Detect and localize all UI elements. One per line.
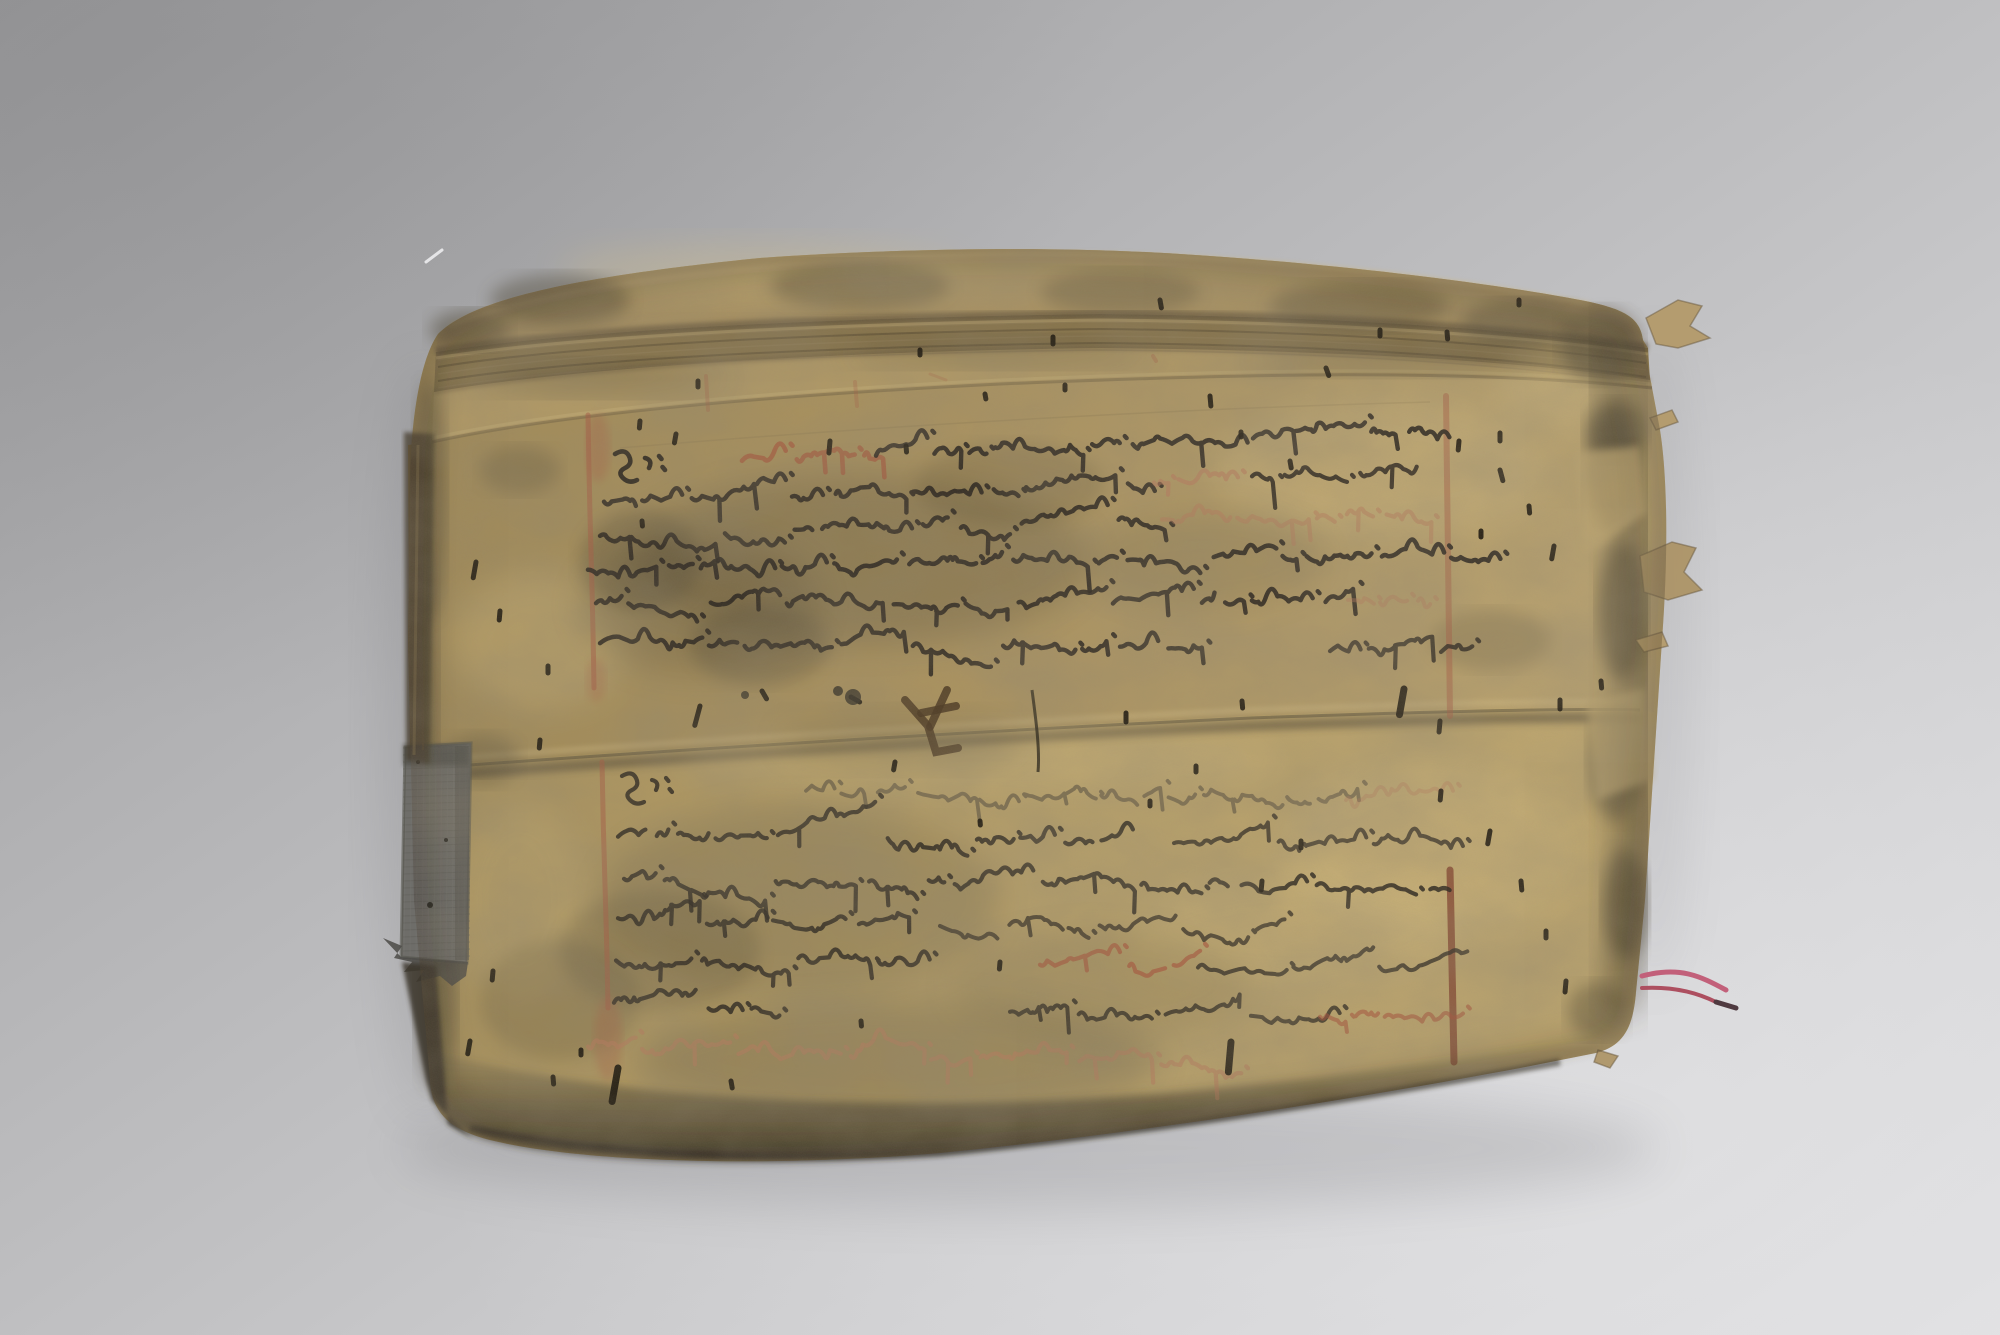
paper-texture <box>395 240 1685 1170</box>
manuscript-photo-svg <box>0 0 2000 1335</box>
manuscript-book <box>383 240 1736 1170</box>
manuscript-photo <box>0 0 2000 1335</box>
